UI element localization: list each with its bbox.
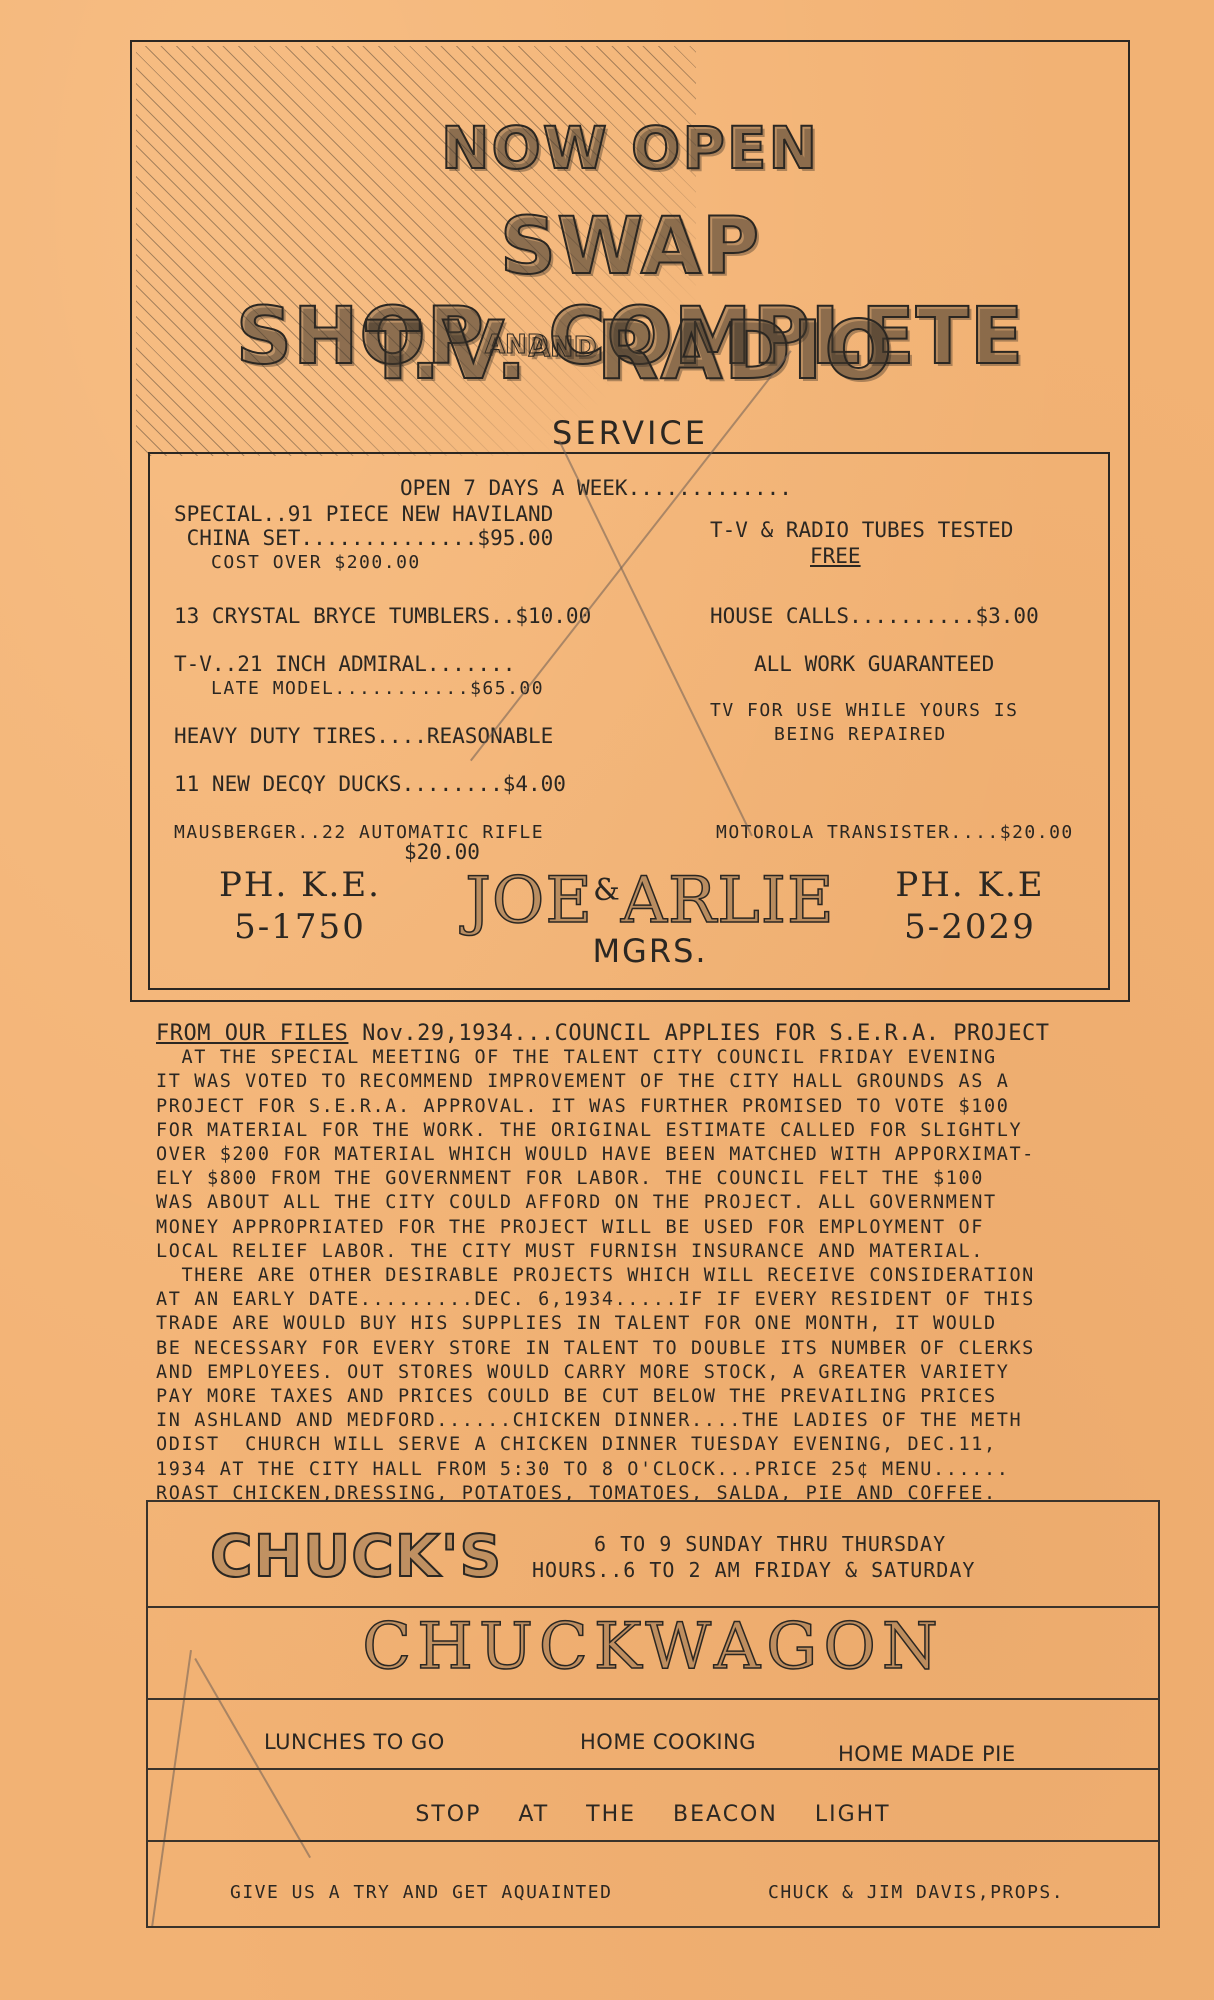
phone-left-label: PH. K.E.	[200, 864, 400, 906]
phone-right-number: 5-2029	[870, 906, 1070, 948]
headline-now-open: NOW OPEN	[132, 114, 1128, 182]
manager-joe: JOE	[465, 864, 593, 938]
article-line: FOR MATERIAL FOR THE WORK. THE ORIGINAL …	[156, 1119, 1156, 1143]
guaranteed-text: ALL WORK GUARANTEED	[754, 652, 994, 676]
manager-arlie: ARLIE	[621, 864, 835, 938]
managers-names: JOE&ARLIE	[450, 864, 850, 938]
beacon-light-text: STOP AT THE BEACON LIGHT	[148, 1802, 1158, 1827]
article-line: WAS ABOUT ALL THE CITY COULD AFFORD ON T…	[156, 1191, 1156, 1215]
item-rifle-price: $20.00	[404, 840, 480, 864]
loaner-line1: TV FOR USE WHILE YOURS IS	[710, 700, 1018, 721]
article-line: OVER $200 FOR MATERIAL WHICH WOULD HAVE …	[156, 1143, 1156, 1167]
item-tv-line1: T-V..21 INCH ADMIRAL.......	[174, 652, 515, 676]
motorola-item: MOTOROLA TRANSISTER....$20.00	[716, 822, 1074, 843]
article-line: IT WAS VOTED TO RECOMMEND IMPROVEMENT OF…	[156, 1070, 1156, 1094]
article-line: THERE ARE OTHER DESIRABLE PROJECTS WHICH…	[156, 1264, 1156, 1288]
loaner-line2: BEING REPAIRED	[774, 724, 947, 745]
proprietors-text: CHUCK & JIM DAVIS,PROPS.	[768, 1882, 1064, 1903]
swap-shop-advertisement: NOW OPEN SWAP SHOPANDCOMPLETE T.V.ANDRAD…	[130, 40, 1130, 1002]
service-label: SERVICE	[132, 414, 1128, 452]
article-line: AT THE SPECIAL MEETING OF THE TALENT CIT…	[156, 1046, 1156, 1070]
feature-lunches: LUNCHES TO GO	[264, 1730, 445, 1754]
article-line: ELY $800 FROM THE GOVERNMENT FOR LABOR. …	[156, 1167, 1156, 1191]
item-tumblers: 13 CRYSTAL BRYCE TUMBLERS..$10.00	[174, 604, 591, 628]
article-line: IN ASHLAND AND MEDFORD......CHICKEN DINN…	[156, 1409, 1156, 1433]
article-line: MONEY APPROPRIATED FOR THE PROJECT WILL …	[156, 1216, 1156, 1240]
article-line: 1934 AT THE CITY HALL FROM 5:30 TO 8 O'C…	[156, 1458, 1156, 1482]
item-decoy-ducks: 11 NEW DECQY DUCKS........$4.00	[174, 772, 566, 796]
divider	[148, 1768, 1158, 1770]
hours-line-1: 6 TO 9 SUNDAY THRU THURSDAY	[594, 1532, 946, 1556]
chuckwagon-title: CHUCKWAGON	[148, 1610, 1158, 1684]
chucks-chuckwagon-advertisement: CHUCK'S 6 TO 9 SUNDAY THRU THURSDAY HOUR…	[146, 1500, 1160, 1928]
headline-tv-radio: T.V.ANDRADIO	[132, 304, 1128, 397]
item-rifle-line1: MAUSBERGER..22 AUTOMATIC RIFLE	[174, 822, 544, 843]
and-text: AND	[528, 330, 596, 363]
tv-text: T.V.	[366, 304, 529, 397]
hours-line-2: HOURS..6 TO 2 AM FRIDAY & SATURDAY	[532, 1558, 975, 1582]
from-our-files-column: FROM OUR FILES Nov.29,1934...COUNCIL APP…	[156, 1022, 1156, 1506]
article-line: LOCAL RELIEF LABOR. THE CITY MUST FURNIS…	[156, 1240, 1156, 1264]
divider	[148, 1698, 1158, 1700]
house-calls-text: HOUSE CALLS..........$3.00	[710, 604, 1039, 628]
divider	[148, 1840, 1158, 1842]
footer-left-text: GIVE US A TRY AND GET AQUAINTED	[230, 1882, 612, 1903]
files-headline: FROM OUR FILES Nov.29,1934...COUNCIL APP…	[156, 1022, 1156, 1046]
files-heading: FROM OUR FILES	[156, 1021, 348, 1046]
tubes-free-text: FREE	[810, 544, 861, 568]
feature-home-cooking: HOME COOKING	[580, 1730, 756, 1754]
article-line: PAY MORE TAXES AND PRICES COULD BE CUT B…	[156, 1385, 1156, 1409]
article-line: ODIST CHURCH WILL SERVE A CHICKEN DINNER…	[156, 1433, 1156, 1457]
item-china-line2: CHINA SET..............$95.00	[174, 526, 553, 550]
article-line: BE NECESSARY FOR EVERY STORE IN TALENT T…	[156, 1337, 1156, 1361]
article-line: AT AN EARLY DATE.........DEC. 6,1934....…	[156, 1288, 1156, 1312]
phone-left: PH. K.E. 5-1750	[200, 864, 400, 948]
phone-right: PH. K.E 5-2029	[870, 864, 1070, 948]
tubes-tested-text: T-V & RADIO TUBES TESTED	[710, 518, 1013, 542]
article-line: PROJECT FOR S.E.R.A. APPROVAL. IT WAS FU…	[156, 1095, 1156, 1119]
phone-left-number: 5-1750	[200, 906, 400, 948]
item-china-line1: SPECIAL..91 PIECE NEW HAVILAND	[174, 502, 553, 526]
managers-title: MGRS.	[450, 932, 850, 970]
radio-text: RADIO	[597, 304, 895, 397]
article-line: TRADE ARE WOULD BUY HIS SUPPLIES IN TALE…	[156, 1312, 1156, 1336]
item-tv-line2: LATE MODEL...........$65.00	[174, 678, 544, 699]
chucks-logo: CHUCK'S	[210, 1522, 502, 1590]
files-heading-rest: Nov.29,1934...COUNCIL APPLIES FOR S.E.R.…	[348, 1021, 1049, 1046]
article-line: AND EMPLOYEES. OUT STORES WOULD CARRY MO…	[156, 1361, 1156, 1385]
phone-right-label: PH. K.E	[870, 864, 1070, 906]
feature-home-made-pie: HOME MADE PIE	[838, 1742, 1016, 1766]
listings-box: OPEN 7 DAYS A WEEK............. SPECIAL.…	[148, 452, 1110, 990]
divider	[148, 1606, 1158, 1608]
open-days-text: OPEN 7 DAYS A WEEK.............	[400, 476, 792, 500]
ampersand: &	[593, 873, 621, 908]
item-china-line3: COST OVER $200.00	[174, 552, 421, 573]
